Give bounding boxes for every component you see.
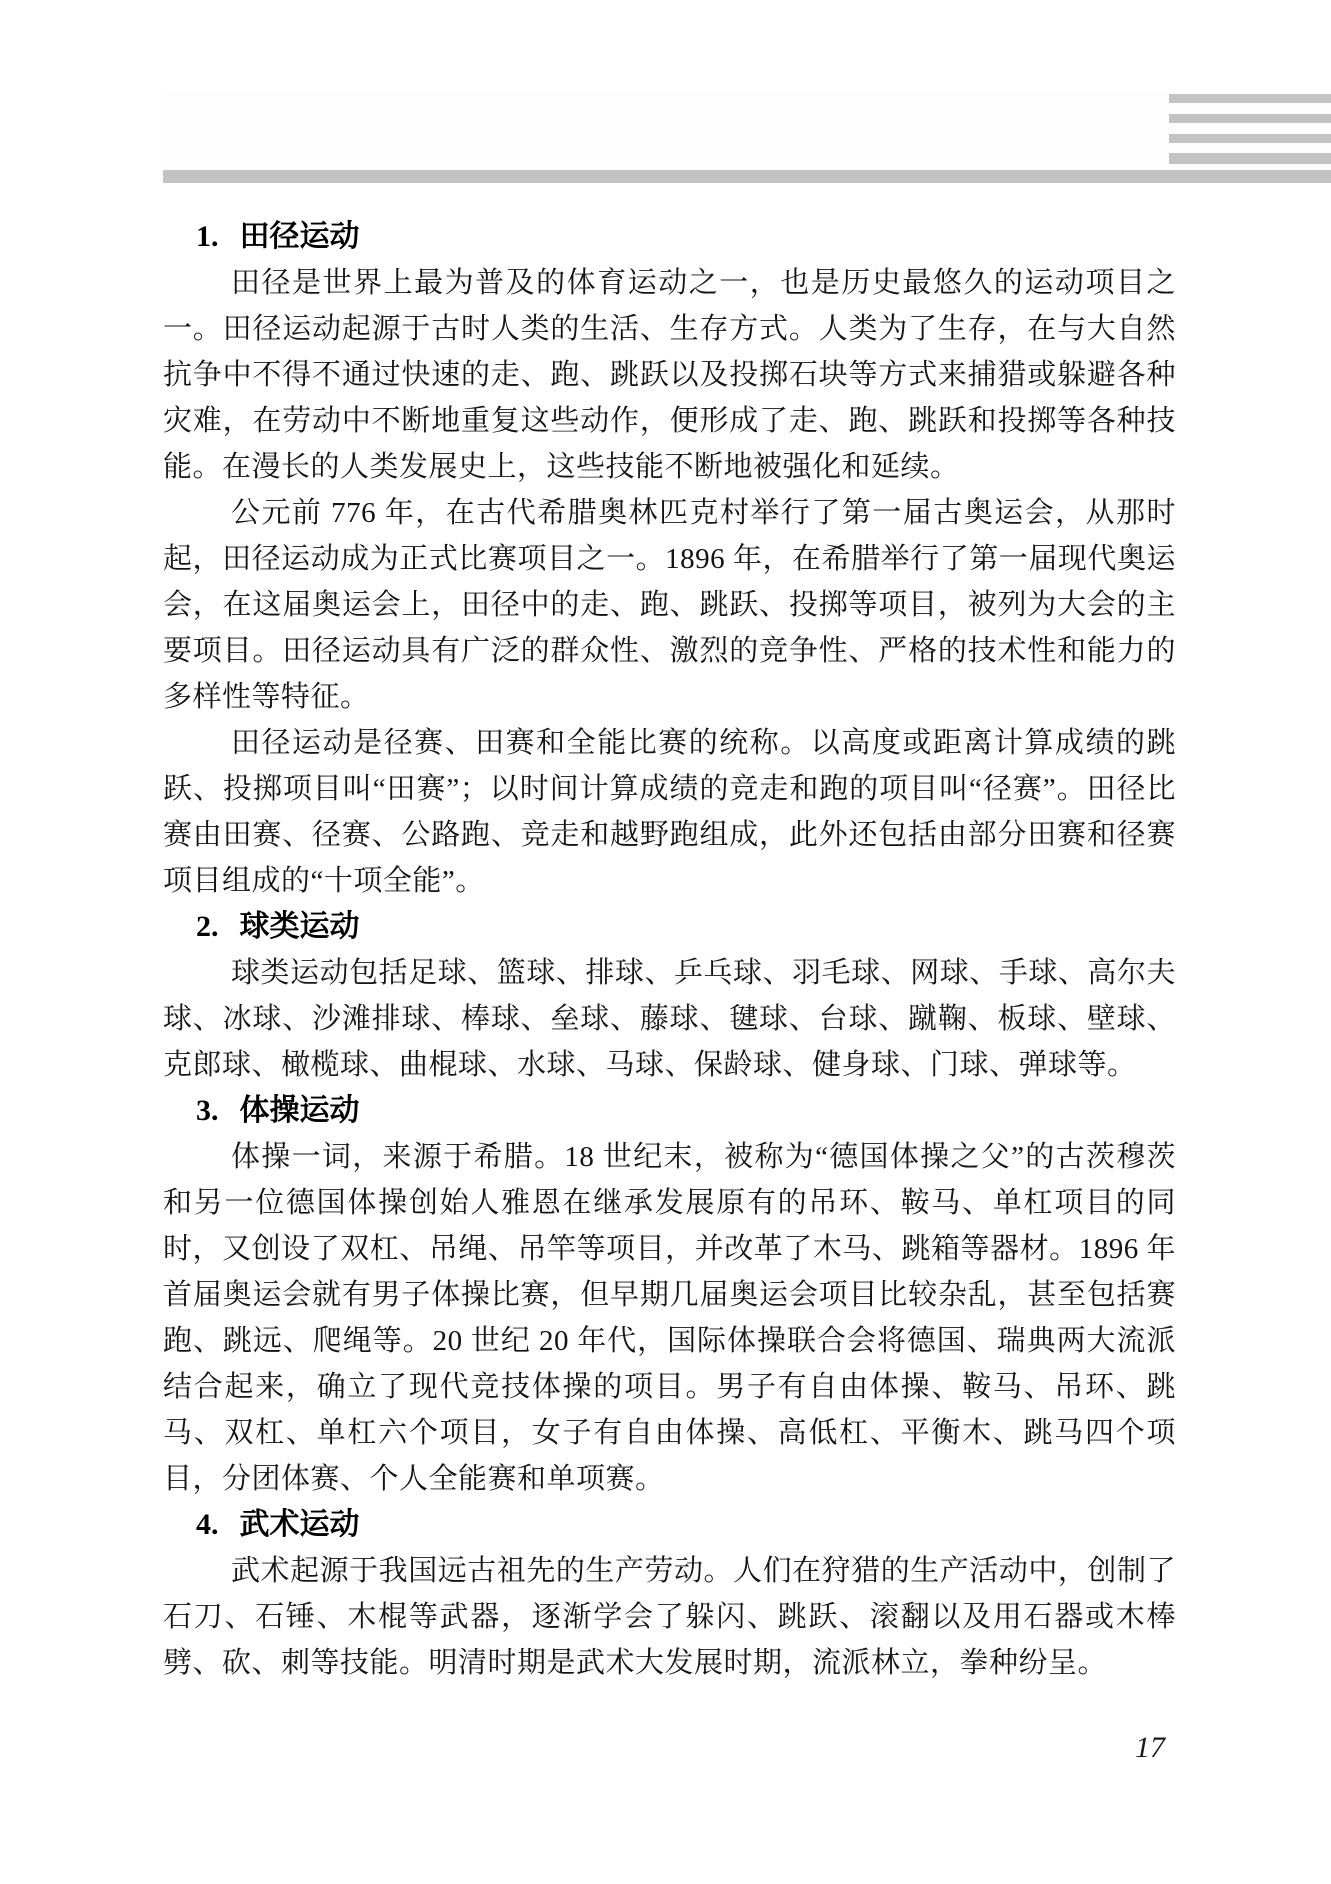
paragraph: 田径是世界上最为普及的体育运动之一，也是历史最悠久的运动项目之一。田径运动起源于…: [163, 260, 1176, 490]
section-heading: 4.武术运动: [163, 1502, 1176, 1548]
header-stripe-icon: [1169, 153, 1331, 164]
paragraph: 田径运动是径赛、田赛和全能比赛的统称。以高度或距离计算成绩的跳跃、投掷项目叫“田…: [163, 720, 1176, 904]
paragraph: 公元前 776 年，在古代希腊奥林匹克村举行了第一届古奥运会，从那时起，田径运动…: [163, 490, 1176, 720]
section-number: 4.: [196, 1508, 219, 1541]
section-gymnastics: 3.体操运动 体操一词，来源于希腊。18 世纪末，被称为“德国体操之父”的古茨穆…: [163, 1088, 1176, 1502]
header-stripe-icon: [1169, 114, 1331, 123]
section-heading: 1.田径运动: [163, 214, 1176, 260]
paragraph: 体操一词，来源于希腊。18 世纪末，被称为“德国体操之父”的古茨穆茨和另一位德国…: [163, 1134, 1176, 1502]
section-title: 田径运动: [240, 220, 360, 253]
section-heading: 2.球类运动: [163, 904, 1176, 950]
section-ball-sports: 2.球类运动 球类运动包括足球、篮球、排球、乒乓球、羽毛球、网球、手球、高尔夫球…: [163, 904, 1176, 1088]
section-number: 2.: [196, 910, 219, 943]
section-title: 球类运动: [240, 910, 360, 943]
header-rule: [163, 170, 1331, 183]
section-track-and-field: 1.田径运动 田径是世界上最为普及的体育运动之一，也是历史最悠久的运动项目之一。…: [163, 214, 1176, 904]
paragraph: 武术起源于我国远古祖先的生产劳动。人们在狩猎的生产活动中，创制了石刀、石锤、木棍…: [163, 1548, 1176, 1686]
header-stripe-icon: [1169, 134, 1331, 143]
section-heading: 3.体操运动: [163, 1088, 1176, 1134]
section-title: 武术运动: [240, 1508, 360, 1541]
section-martial-arts: 4.武术运动 武术起源于我国远古祖先的生产劳动。人们在狩猎的生产活动中，创制了石…: [163, 1502, 1176, 1686]
section-title: 体操运动: [240, 1094, 360, 1127]
paragraph: 球类运动包括足球、篮球、排球、乒乓球、羽毛球、网球、手球、高尔夫球、冰球、沙滩排…: [163, 950, 1176, 1088]
page-number: 17: [1135, 1725, 1165, 1771]
header-stripe-icon: [1169, 94, 1331, 103]
document-page: 1.田径运动 田径是世界上最为普及的体育运动之一，也是历史最悠久的运动项目之一。…: [0, 0, 1331, 1884]
section-number: 1.: [196, 220, 219, 253]
header-band: [163, 93, 1331, 170]
page-body: 1.田径运动 田径是世界上最为普及的体育运动之一，也是历史最悠久的运动项目之一。…: [163, 214, 1176, 1686]
section-number: 3.: [196, 1094, 219, 1127]
